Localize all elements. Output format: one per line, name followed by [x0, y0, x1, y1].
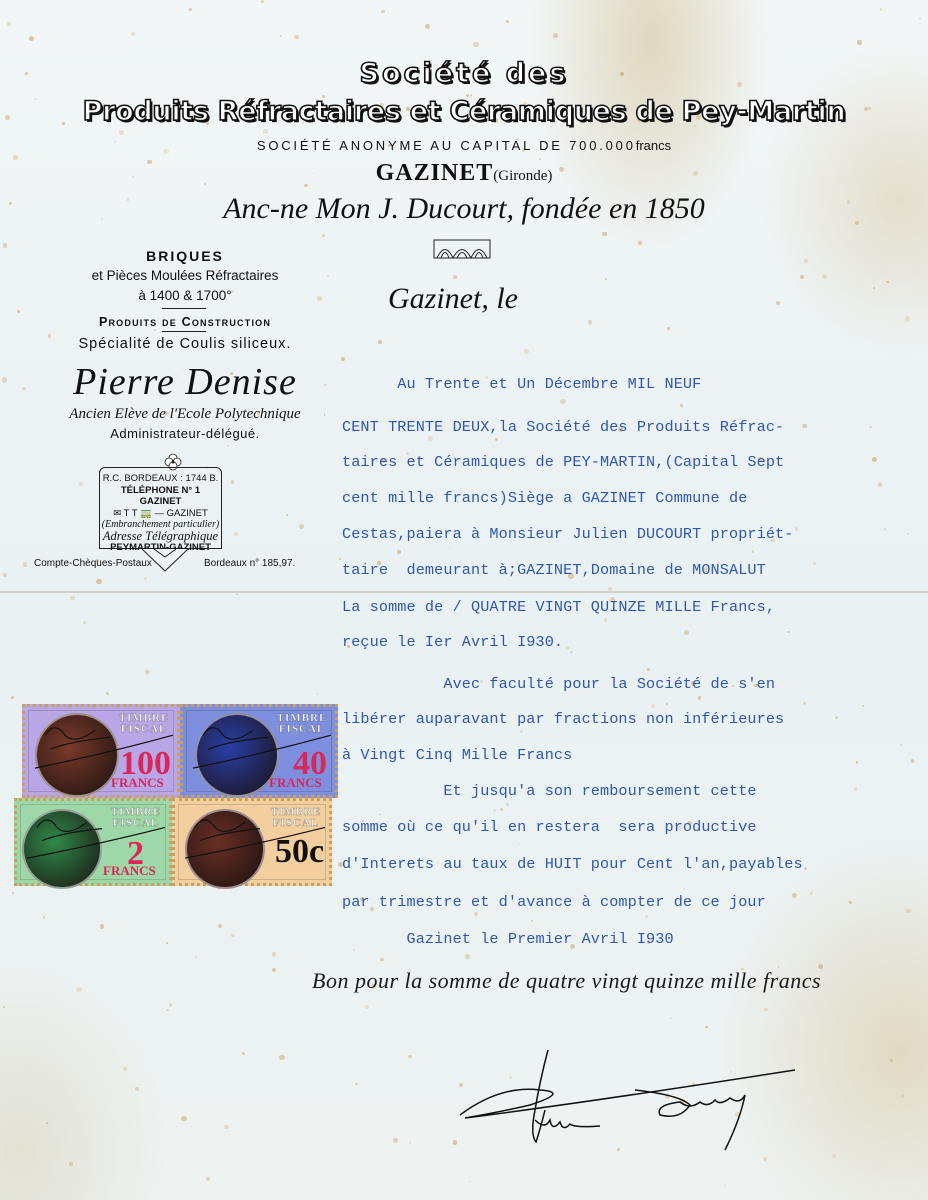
telegraph-label: Adresse Télégraphique [100, 531, 221, 543]
foxing-spot [145, 670, 149, 674]
foxing-spot [294, 35, 298, 39]
foxing-spot [76, 987, 81, 992]
transport-town: — GAZINET [154, 508, 207, 519]
sidebar-produits: Produits de Construction [30, 315, 340, 329]
foxing-spot [123, 1067, 127, 1071]
typed-line: par trimestre et d'avance à compter de c… [342, 893, 766, 911]
divider [162, 308, 206, 309]
stamp-cancellation [183, 707, 341, 801]
typed-line: d'Interets au taux de HUIT pour Cent l'a… [342, 855, 803, 873]
foxing-spot [907, 533, 909, 535]
foxing-spot [2, 377, 7, 382]
dateline: Gazinet, le [388, 282, 518, 316]
foxing-spot [70, 596, 74, 600]
fiscal-stamp: TIMBRE FISCAL50cGazinet le 1er avril 193… [172, 798, 332, 886]
foxing-spot [17, 310, 20, 313]
foxing-spot [854, 787, 857, 790]
letterhead-founded: Anc-ne Mon J. Ducourt, fondée en 1850 [0, 192, 928, 226]
foxing-spot [787, 631, 789, 633]
foxing-spot [832, 1154, 836, 1158]
foxing-spot [553, 33, 558, 38]
foxing-spot [339, 558, 341, 560]
letterhead-town: GAZINET(Gironde) [0, 160, 928, 187]
foxing-spot [189, 8, 192, 11]
foxing-spot [531, 920, 533, 922]
typed-line: Cestas,paiera à Monsieur Julien DUCOURT … [342, 525, 794, 543]
typed-line: libérer auparavant par fractions non inf… [342, 710, 784, 728]
ccp-number: Bordeaux n° 185,97. [204, 558, 295, 569]
sidebar-director-role: Administrateur-délégué. [30, 426, 340, 441]
foxing-spot [23, 562, 28, 567]
sidebar-briques: BRIQUES [30, 248, 340, 264]
capital-unit: francs [636, 138, 671, 153]
foxing-spot [473, 42, 478, 47]
foxing-spot [409, 1142, 411, 1144]
foxing-spot [286, 514, 288, 516]
sidebar-specialite: Spécialité de Coulis siliceux. [30, 336, 340, 352]
foxing-spot [495, 438, 498, 441]
foxing-spot [890, 1059, 893, 1062]
divider [162, 331, 206, 332]
typed-line: La somme de / QUATRE VINGT QUINZE MILLE … [342, 598, 775, 616]
ccp-label: Compte-Chèques-Postaux [34, 558, 152, 569]
foxing-spot [813, 562, 815, 564]
typed-line: taire demeurant à;GAZINET,Domaine de MON… [342, 561, 766, 579]
typed-line: taires et Céramiques de PEY-MARTIN,(Capi… [342, 453, 784, 471]
foxing-spot [802, 424, 806, 428]
foxing-spot [231, 934, 234, 937]
foxing-spot [588, 320, 592, 324]
foxing-spot [683, 888, 685, 890]
foxing-spot [651, 704, 655, 708]
foxing-spot [560, 399, 565, 404]
foxing-spot [3, 1006, 5, 1008]
foxing-spot [119, 130, 124, 135]
foxing-spot [29, 36, 34, 41]
fiscal-stamp: TIMBRE FISCAL40FRANCSGazinet le 1er avri… [180, 704, 338, 798]
typed-line: Avec faculté pour la Société de s'en [342, 675, 775, 693]
foxing-spot [234, 532, 238, 536]
foxing-spot [12, 892, 14, 894]
fiscal-stamp: TIMBRE FISCAL100FRANCSGazinet le 1er avr… [22, 704, 180, 798]
rc-number: R.C. BORDEAUX : 1744 B. [100, 473, 221, 485]
town-name: GAZINET [376, 160, 494, 186]
typed-line: cent mille francs)Siège a GAZINET Commun… [342, 489, 747, 507]
typed-line: Au Trente et Un Décembre MIL NEUF [342, 375, 701, 393]
letterhead-company-name: Produits Réfractaires et Céramiques de P… [0, 96, 928, 127]
transport-icons: ✉ T T 🚃 [113, 508, 152, 519]
fiscal-stamp: TIMBRE FISCAL2FRANCSGazinet le 1er avril… [14, 798, 172, 886]
foxing-spot [408, 1055, 412, 1059]
foxing-spot [224, 1125, 229, 1130]
foxing-spot [195, 956, 197, 958]
region-name: (Gironde) [493, 168, 552, 184]
foxing-spot [181, 1116, 186, 1121]
foxing-spot [322, 234, 324, 236]
foxing-spot [272, 968, 276, 972]
foxing-spot [218, 924, 222, 928]
foxing-spot [752, 550, 755, 553]
foxing-spot [608, 587, 612, 591]
foxing-spot [776, 301, 780, 305]
foxing-spot [857, 40, 861, 44]
telephone: TÉLÉPHONE N° 1 GAZINET [100, 485, 221, 508]
foxing-spot [680, 404, 683, 407]
foxing-spot [378, 340, 382, 344]
sidebar-director-name: Pierre Denise [30, 360, 340, 404]
foxing-spot [353, 949, 355, 951]
sidebar-pieces: et Pièces Moulées Réfractaires [30, 268, 340, 283]
foxing-spot [428, 436, 433, 441]
foxing-spot [835, 716, 838, 719]
foxing-spot [69, 1162, 72, 1165]
foxing-spot [905, 316, 910, 321]
art-deco-ornament-icon [433, 239, 491, 261]
foxing-spot [365, 1005, 369, 1009]
foxing-spot [465, 954, 470, 959]
foxing-spot [100, 924, 104, 928]
foxing-spot [800, 275, 804, 279]
foxing-spot [506, 20, 509, 23]
signature-pierre-denise: Pierre Denise [440, 1050, 800, 1170]
foxing-spot [469, 1181, 471, 1183]
foxing-spot [3, 243, 7, 247]
foxing-spot [900, 744, 902, 746]
transport-line: ✉ T T 🚃 — GAZINET [100, 508, 221, 520]
foxing-spot [166, 1009, 169, 1012]
foxing-spot [206, 1177, 210, 1181]
foxing-spot [604, 618, 607, 621]
foxing-spot [493, 809, 496, 812]
stamp-cancellation [25, 707, 183, 801]
letterhead-line1: Société des [0, 58, 928, 89]
stamp-cancellation [175, 801, 335, 889]
bon-pour-handwritten: Bon pour la somme de quatre vingt quinze… [312, 968, 821, 994]
foxing-spot [810, 892, 813, 895]
sidebar-director-title: Ancien Elève de l'Ecole Polytechnique [30, 406, 340, 423]
foxing-spot [7, 22, 11, 26]
foxing-spot [13, 155, 17, 159]
foxing-spot [524, 349, 529, 354]
foxing-spot [906, 909, 911, 914]
foxing-spot [231, 480, 234, 483]
foxing-spot [272, 952, 276, 956]
foxing-spot [317, 693, 319, 695]
foxing-spot [602, 232, 606, 236]
typed-line: Et jusqu'a son remboursement cette [342, 782, 757, 800]
foxing-spot [795, 527, 798, 530]
foxing-spot [227, 445, 229, 447]
foxing-spot [520, 730, 522, 732]
foxing-spot [684, 630, 689, 635]
foxing-spot [341, 357, 345, 361]
typed-line: à Vingt Cinq Mille Francs [342, 746, 572, 764]
foxing-spot [919, 17, 922, 20]
typed-line: reçue le Ier Avril I930. [342, 633, 563, 651]
typed-line: Gazinet le Premier Avril I930 [342, 930, 674, 948]
sidebar-temperature: à 1400 & 1700° [30, 288, 340, 303]
foxing-spot [911, 759, 915, 763]
foxing-spot [849, 901, 852, 904]
typed-line: CENT TRENTE DEUX,la Société des Produits… [342, 418, 784, 436]
capital-text: SOCIÉTÉ ANONYME AU CAPITAL DE 700.000 [257, 138, 636, 153]
fold-crease [0, 591, 928, 593]
foxing-spot [500, 808, 502, 810]
company-info-box: R.C. BORDEAUX : 1744 B. TÉLÉPHONE N° 1 G… [99, 467, 222, 549]
foxing-spot [131, 32, 135, 36]
stamp-cancellation [17, 801, 175, 889]
foxing-spot [570, 651, 573, 654]
letterhead-capital: SOCIÉTÉ ANONYME AU CAPITAL DE 700.000fra… [0, 138, 928, 153]
typed-line: somme où ce qu'il en restera sera produc… [342, 818, 757, 836]
